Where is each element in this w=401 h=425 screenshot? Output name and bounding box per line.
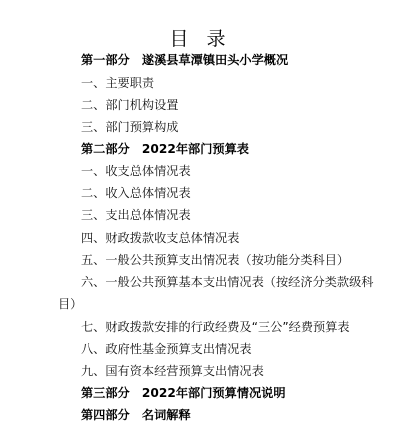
page-title: 目 录 (0, 27, 401, 51)
toc-item: 五、一般公共预算支出情况表（按功能分类科目） (81, 252, 349, 268)
toc-item: 八、政府性基金预算支出情况表 (81, 341, 252, 357)
toc-item: 二、部门机构设置 (81, 97, 179, 113)
toc-item: 六、一般公共预算基本支出情况表（按经济分类款级科 (81, 274, 374, 290)
toc-item: 一、收支总体情况表 (81, 163, 191, 179)
toc-item: 四、财政拨款收支总体情况表 (81, 230, 239, 246)
toc-part-2: 第二部分 2022年部门预算表 (81, 141, 249, 157)
toc-item: 二、收入总体情况表 (81, 185, 191, 201)
toc-item: 九、国有资本经营预算支出情况表 (81, 363, 264, 379)
toc-part-3: 第三部分 2022年部门预算情况说明 (81, 385, 286, 401)
toc-item-wrap: 目） (58, 296, 82, 312)
toc-item: 七、财政拨款安排的行政经费及“三公”经费预算表 (81, 319, 350, 335)
toc-item: 一、主要职责 (81, 75, 154, 91)
toc-part-1: 第一部分 遂溪县草潭镇田头小学概况 (81, 52, 288, 68)
toc-item: 三、支出总体情况表 (81, 207, 191, 223)
toc-item: 三、部门预算构成 (81, 119, 179, 135)
toc-part-4: 第四部分 名词解释 (81, 407, 191, 423)
